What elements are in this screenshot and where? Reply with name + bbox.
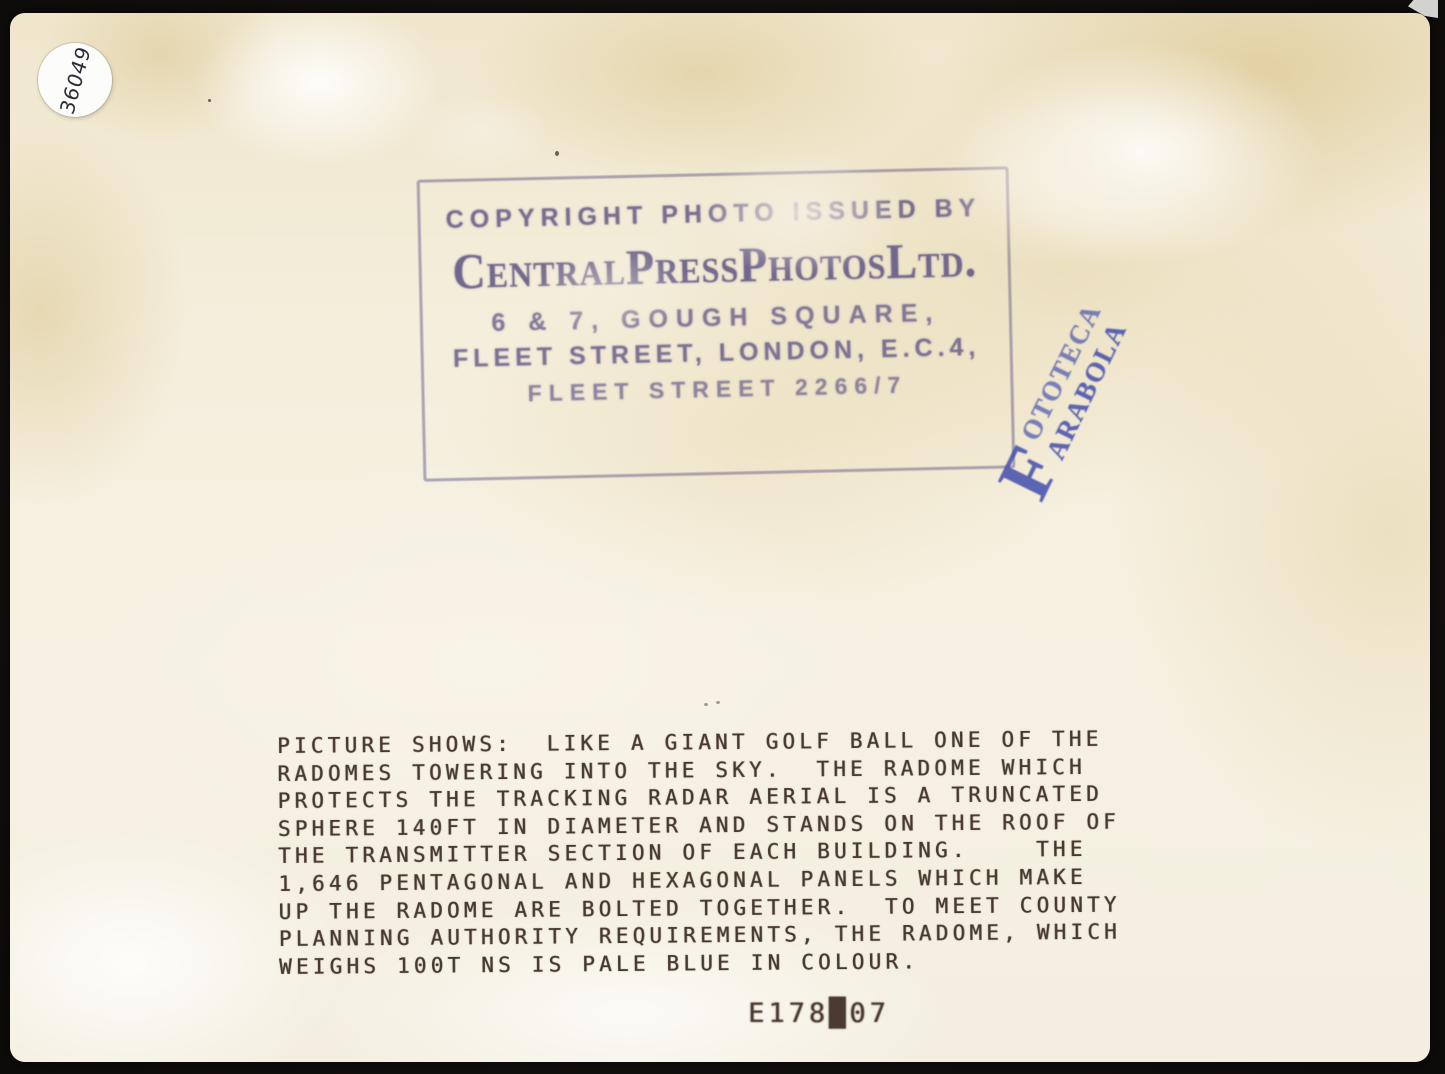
archive-number: 36049 — [55, 43, 95, 118]
paper-speck — [208, 99, 211, 102]
paper-speck — [555, 151, 559, 156]
photo-back-paper: COPYRIGHT PHOTO ISSUED BY CentralPressPh… — [10, 13, 1430, 1062]
copyright-stamp: COPYRIGHT PHOTO ISSUED BY CentralPressPh… — [417, 166, 1016, 481]
reference-code: E178█07 — [748, 998, 890, 1029]
paper-speck — [716, 701, 720, 704]
stamp-address-line2: FLEET STREET, LONDON, E.C.4, — [423, 332, 1010, 374]
stamp-company-name: CentralPressPhotosLtd. — [421, 230, 1008, 301]
stamp-issued-by-line: COPYRIGHT PHOTO ISSUED BY — [420, 193, 1007, 235]
archive-number-sticker: 36049 — [38, 43, 112, 117]
stamp-address-line1: 6 & 7, GOUGH SQUARE, — [423, 297, 1010, 339]
typed-caption: PICTURE SHOWS: LIKE A GIANT GOLF BALL ON… — [277, 726, 1121, 982]
paper-speck — [704, 703, 708, 706]
stamp-phone-line: FLEET STREET 2266/7 — [424, 369, 1010, 409]
photo-scan-frame: COPYRIGHT PHOTO ISSUED BY CentralPressPh… — [0, 0, 1445, 1074]
